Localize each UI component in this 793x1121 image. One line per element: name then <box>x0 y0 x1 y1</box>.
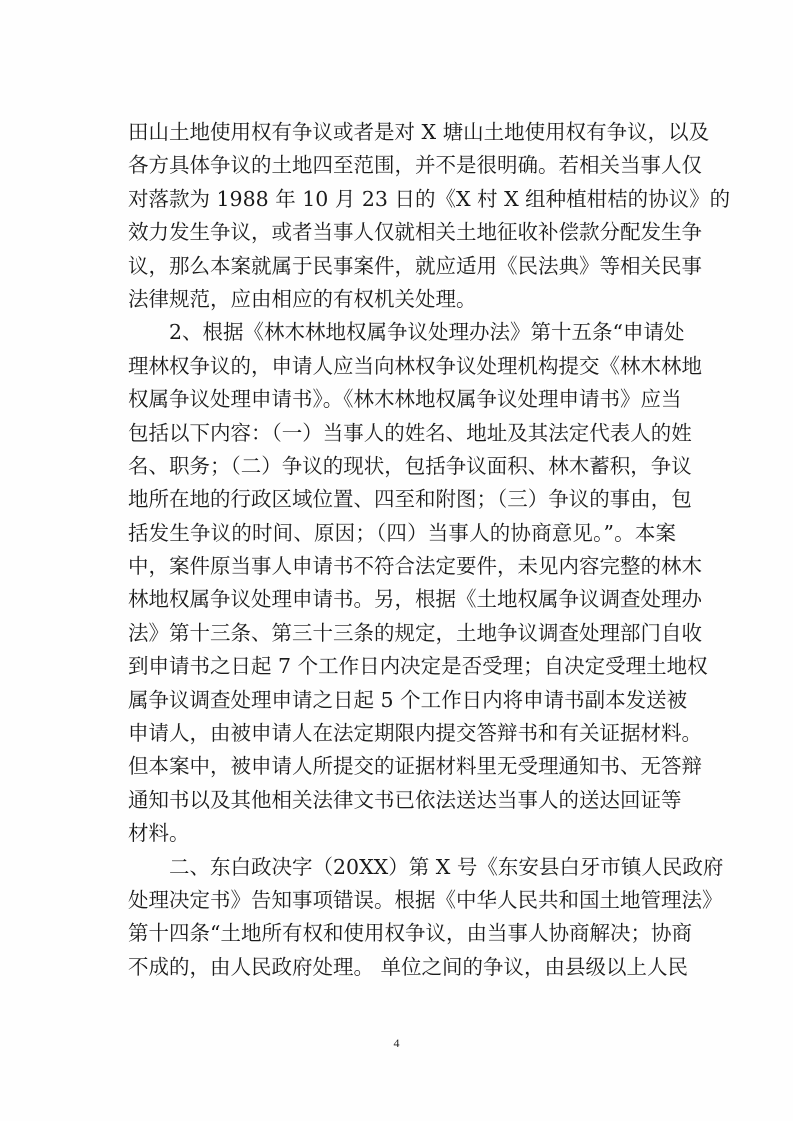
text-line: 法律规范，应由相应的有权机关处理。 <box>128 283 676 316</box>
text-line: 处理决定书》告知事项错误。根据《中华人民共和国土地管理法》 <box>128 884 676 917</box>
text-line: 对落款为 1988 年 10 月 23 日的《X 村 X 组种植柑桔的协议》的 <box>128 183 676 216</box>
text-line: 地所在地的行政区域位置、四至和附图；（三）争议的事由，包 <box>128 483 676 516</box>
document-page: 田山土地使用权有争议或者是对 X 塘山土地使用权有争议，以及 各方具体争议的土地… <box>0 0 793 1121</box>
text-line: 括发生争议的时间、原因；（四）当事人的协商意见。”。本案 <box>128 517 676 550</box>
paragraph-start-line: 二、东白政决字（20XX）第 X 号《东安县白牙市镇人民政府 <box>128 851 676 884</box>
text-line: 中，案件原当事人申请书不符合法定要件，未见内容完整的林木 <box>128 550 676 583</box>
text-line: 效力发生争议，或者当事人仅就相关土地征收补偿款分配发生争 <box>128 216 676 249</box>
text-line: 第十四条“土地所有权和使用权争议，由当事人协商解决；协商 <box>128 917 676 950</box>
text-line: 议，那么本案就属于民事案件，就应适用《民法典》等相关民事 <box>128 250 676 283</box>
text-line: 林地权属争议处理申请书。另，根据《土地权属争议调查处理办 <box>128 583 676 616</box>
text-line: 田山土地使用权有争议或者是对 X 塘山土地使用权有争议，以及 <box>128 116 676 149</box>
text-line: 但本案中，被申请人所提交的证据材料里无受理通知书、无答辩 <box>128 750 676 783</box>
text-line: 申请人，由被申请人在法定期限内提交答辩书和有关证据材料。 <box>128 717 676 750</box>
text-line: 权属争议处理申请书》。《林木林地权属争议处理申请书》应当 <box>128 383 676 416</box>
paragraph-start-line: 2、根据《林木林地权属争议处理办法》第十五条“申请处 <box>128 316 676 349</box>
page-number: 4 <box>0 1036 793 1051</box>
text-line: 材料。 <box>128 817 676 850</box>
text-line: 法》第十三条、第三十三条的规定，土地争议调查处理部门自收 <box>128 617 676 650</box>
text-line: 到申请书之日起 7 个工作日内决定是否受理；自决定受理土地权 <box>128 650 676 683</box>
text-line: 名、职务；（二）争议的现状，包括争议面积、林木蓄积，争议 <box>128 450 676 483</box>
text-line: 各方具体争议的土地四至范围，并不是很明确。若相关当事人仅 <box>128 149 676 182</box>
text-line: 不成的，由人民政府处理。 单位之间的争议，由县级以上人民 <box>128 951 676 984</box>
text-line: 属争议调查处理申请之日起 5 个工作日内将申请书副本发送被 <box>128 684 676 717</box>
text-line: 通知书以及其他相关法律文书已依法送达当事人的送达回证等 <box>128 784 676 817</box>
text-line: 理林权争议的，申请人应当向林权争议处理机构提交《林木林地 <box>128 350 676 383</box>
text-line: 包括以下内容：（一）当事人的姓名、地址及其法定代表人的姓 <box>128 417 676 450</box>
body-text: 田山土地使用权有争议或者是对 X 塘山土地使用权有争议，以及 各方具体争议的土地… <box>128 116 676 984</box>
